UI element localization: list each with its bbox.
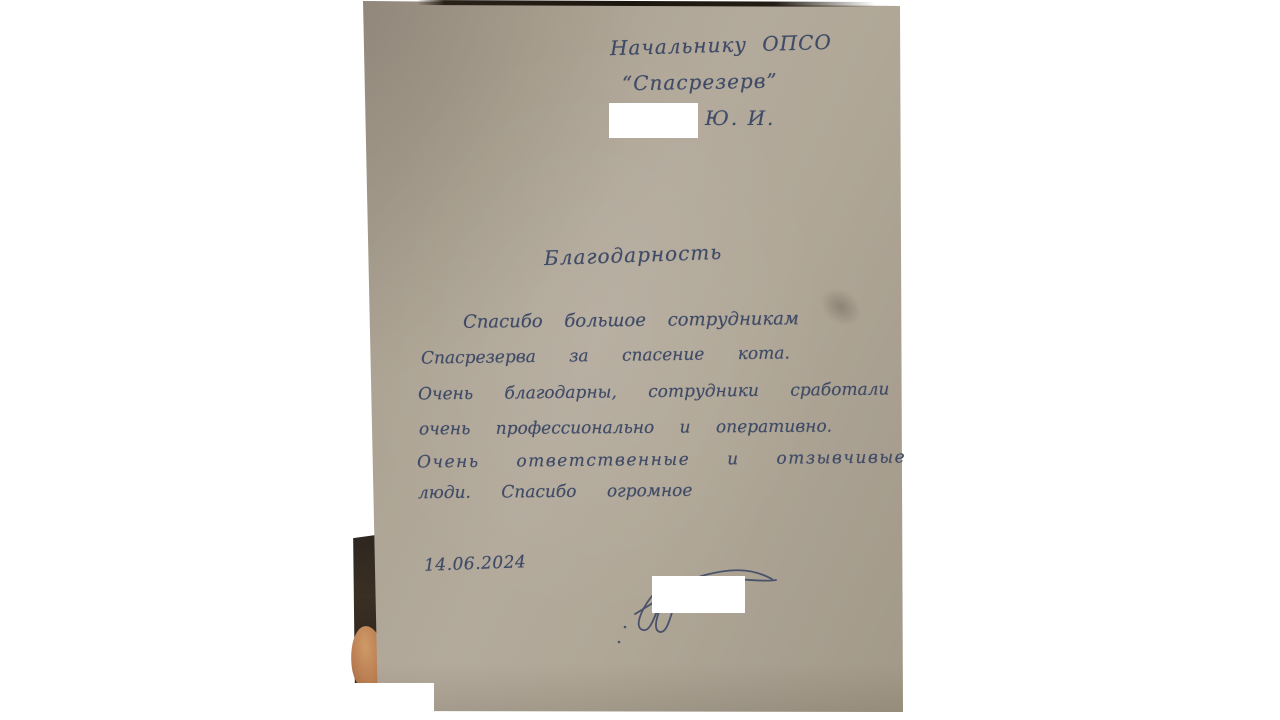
- redaction-box-bottom-left: [352, 683, 434, 720]
- recipient-line-2: “Спасрезерв”: [622, 69, 778, 96]
- body-line: люди. Спасибо огромное: [418, 481, 693, 503]
- photo-of-letter: Начальнику ОПСО “Спасрезерв” Ю. И. Благо…: [0, 0, 1280, 720]
- body-line: очень профессионально и оперативно.: [419, 417, 832, 440]
- redaction-box-signature: [652, 576, 745, 613]
- redaction-box-recipient-name: [609, 103, 698, 138]
- body-line: Спасибо большое сотрудникам: [463, 308, 799, 333]
- date-text: 14.06.2024: [424, 552, 527, 576]
- recipient-initials: Ю. И.: [705, 106, 775, 130]
